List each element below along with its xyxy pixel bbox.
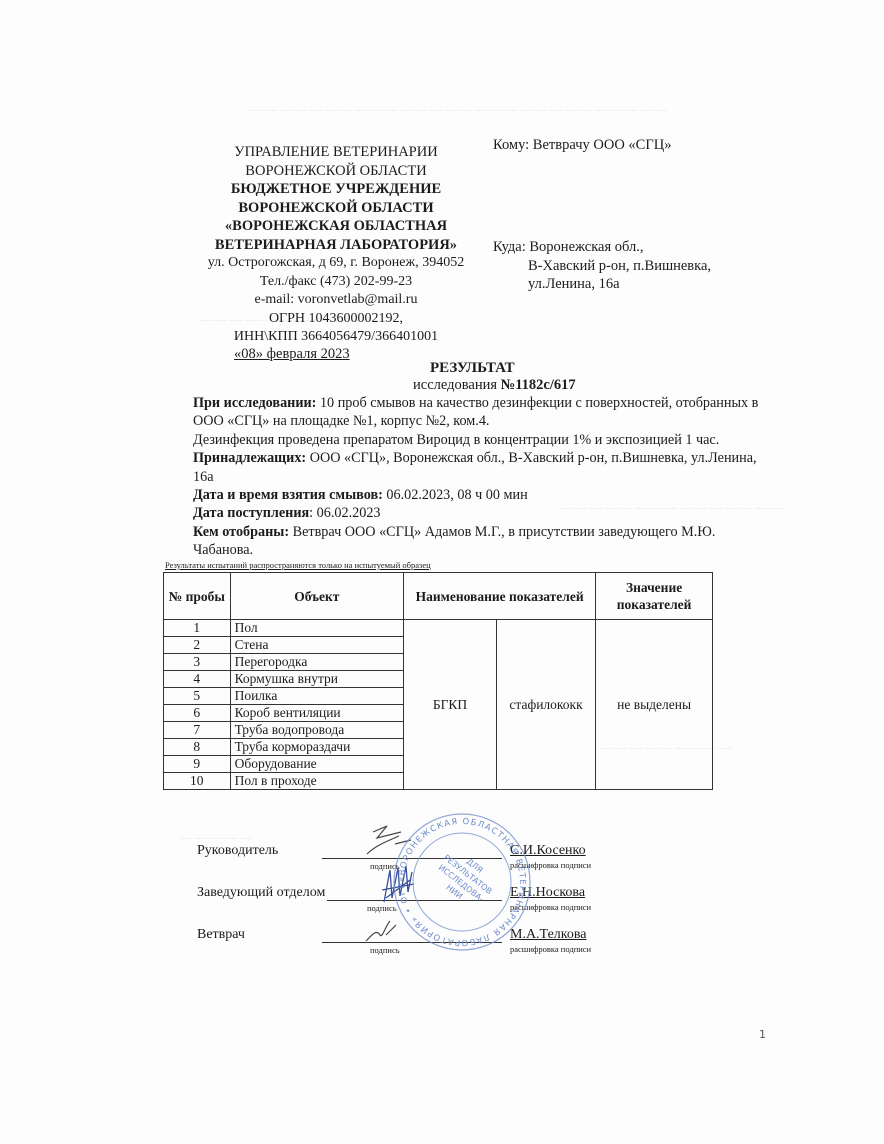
recipient-address-line: Куда: Воронежская обл.,	[493, 239, 644, 255]
subtitle-prefix: исследования	[413, 377, 501, 393]
header-indicator: Наименование показателей	[404, 573, 596, 620]
signature-role: Заведующий отделом	[197, 885, 325, 901]
org-line: ВОРОНЕЖСКОЙ ОБЛАСТИ	[196, 199, 476, 218]
signature-role: Ветврач	[197, 927, 245, 943]
recipient-address: Куда: Воронежская обл., В-Хавский р-он, …	[493, 238, 711, 294]
cell-object: Кормушка внутри	[230, 671, 404, 688]
recipient: Кому: Ветврачу ООО «СГЦ»	[493, 137, 671, 154]
cell-num: 5	[164, 688, 231, 705]
cell-indicator-2: стафилококк	[496, 620, 595, 790]
org-phone: Тел./факс (473) 202-99-23	[196, 273, 476, 292]
recipient-address-line: ул.Ленина, 16а	[493, 275, 711, 294]
field-sampled: Дата и время взятия смывов: 06.02.2023, …	[193, 486, 773, 504]
table-header-row: № пробы Объект Наименование показателей …	[164, 573, 713, 620]
field-received: Дата поступления: 06.02.2023	[193, 504, 773, 522]
org-email: e-mail: voronvetlab@mail.ru	[196, 291, 476, 310]
cell-object: Стена	[230, 637, 404, 654]
document-subtitle: исследования №1182с/617	[413, 377, 576, 394]
document-page: — — — — — — — — — — — — — — — — — — — — …	[0, 0, 884, 1144]
cell-num: 4	[164, 671, 231, 688]
document-body: При исследовании: 10 проб смывов на каче…	[193, 394, 773, 560]
org-inn-kpp: ИНН\КПП 3664056479/366401001	[196, 328, 476, 347]
cell-object: Перегородка	[230, 654, 404, 671]
cell-object: Поилка	[230, 688, 404, 705]
cell-value: не выделены	[596, 620, 713, 790]
cell-num: 9	[164, 756, 231, 773]
cell-num: 6	[164, 705, 231, 722]
org-line: ВОРОНЕЖСКОЙ ОБЛАСТИ	[196, 162, 476, 181]
org-line: ВЕТЕРИНАРНАЯ ЛАБОРАТОРИЯ»	[196, 236, 476, 255]
field-label: Кем отобраны:	[193, 524, 289, 540]
table-row: 1 Пол БГКП стафилококк не выделены	[164, 620, 713, 637]
document-date: «08» февраля 2023	[234, 346, 350, 363]
page-number: 1	[759, 1028, 766, 1041]
cell-object: Пол в проходе	[230, 773, 404, 790]
cell-object: Оборудование	[230, 756, 404, 773]
signature-role: Руководитель	[197, 843, 278, 859]
org-line: УПРАВЛЕНИЕ ВЕТЕРИНАРИИ	[196, 143, 476, 162]
table-note: Результаты испытаний распространяются то…	[165, 560, 431, 570]
bleed-through: — — — — — — — — — — — — — — — — — — — — …	[250, 102, 667, 117]
document-number: №1182с/617	[501, 377, 576, 393]
header-num: № пробы	[164, 573, 231, 620]
cell-num: 1	[164, 620, 231, 637]
org-line: БЮДЖЕТНОЕ УЧРЕЖДЕНИЕ	[196, 180, 476, 199]
field-study: При исследовании: 10 проб смывов на каче…	[193, 394, 773, 431]
org-line: «ВОРОНЕЖСКАЯ ОБЛАСТНАЯ	[196, 217, 476, 236]
header-object: Объект	[230, 573, 404, 620]
results-table: № пробы Объект Наименование показателей …	[163, 572, 713, 790]
document-title: РЕЗУЛЬТАТ	[430, 360, 515, 377]
cell-num: 2	[164, 637, 231, 654]
cell-num: 7	[164, 722, 231, 739]
field-label: Дата и время взятия смывов:	[193, 487, 383, 503]
cell-object: Пол	[230, 620, 404, 637]
field-value: 06.02.2023, 08 ч 00 мин	[383, 487, 528, 503]
recipient-address-line: В-Хавский р-он, п.Вишневка,	[493, 257, 711, 276]
cell-num: 3	[164, 654, 231, 671]
cell-object: Труба водопровода	[230, 722, 404, 739]
field-sampled-by: Кем отобраны: Ветврач ООО «СГЦ» Адамов М…	[193, 523, 773, 560]
org-address: ул. Острогожская, д 69, г. Воронеж, 3940…	[196, 254, 476, 273]
cell-object: Труба кормораздачи	[230, 739, 404, 756]
stamp-seal-icon: «ВОРОНЕЖСКАЯ ОБЛАСТНАЯ ВЕТЕРИНАРНАЯ ЛАБО…	[392, 812, 532, 952]
cell-num: 8	[164, 739, 231, 756]
field-label: При исследовании:	[193, 395, 316, 411]
field-label: Дата поступления	[193, 505, 309, 521]
header-value: Значение показателей	[596, 573, 713, 620]
organization-header: УПРАВЛЕНИЕ ВЕТЕРИНАРИИ ВОРОНЕЖСКОЙ ОБЛАС…	[196, 143, 476, 347]
cell-object: Короб вентиляции	[230, 705, 404, 722]
field-value: : 06.02.2023	[309, 505, 380, 521]
cell-indicator-1: БГКП	[404, 620, 497, 790]
org-ogrn: ОГРН 1043600002192,	[196, 310, 476, 329]
field-owner: Принадлежащих: ООО «СГЦ», Воронежская об…	[193, 449, 773, 486]
field-disinfection: Дезинфекция проведена препаратом Вироцид…	[193, 431, 773, 449]
field-label: Принадлежащих:	[193, 450, 306, 466]
cell-num: 10	[164, 773, 231, 790]
